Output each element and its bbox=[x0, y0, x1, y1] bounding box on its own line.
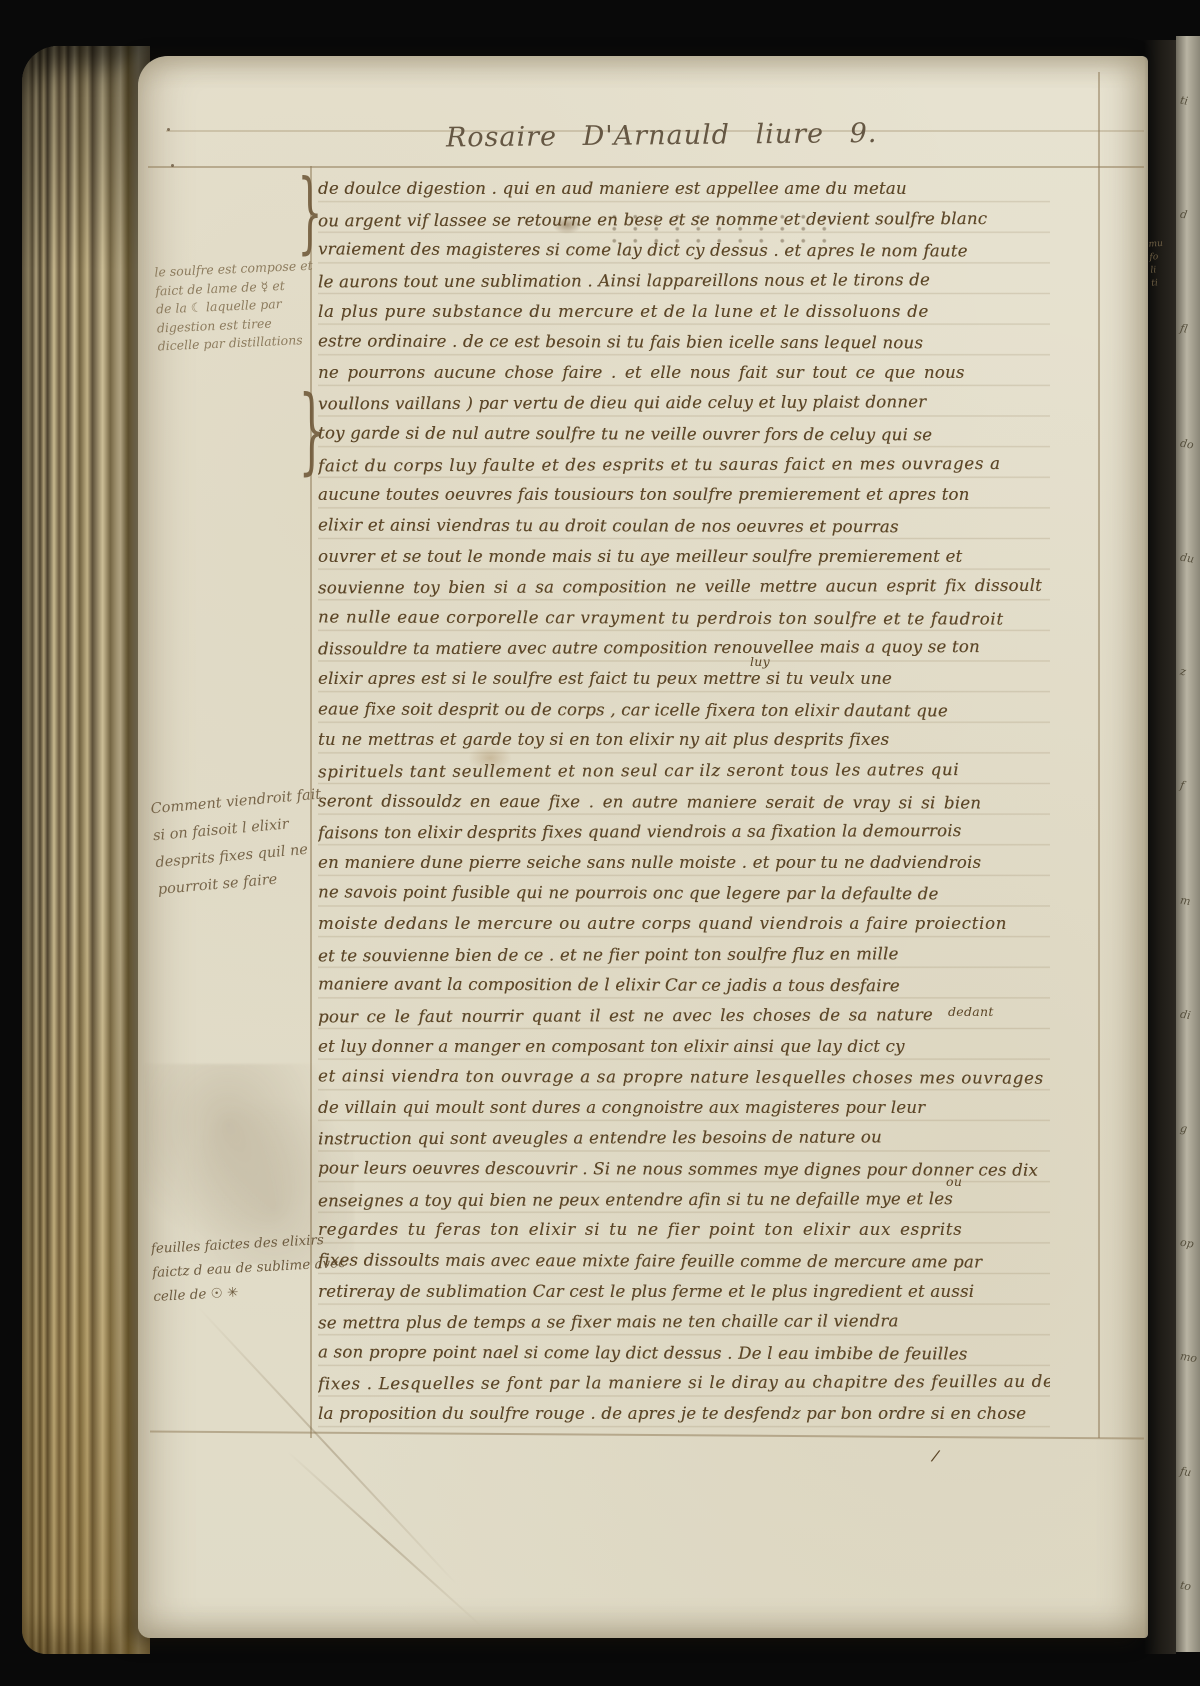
main-text-block: de doulce digestion . qui en aud maniere… bbox=[318, 173, 1050, 1429]
manuscript-text-line: de villain qui moult sont dures a congno… bbox=[318, 1092, 1050, 1123]
interlinear-insertion: ou bbox=[946, 1174, 962, 1189]
pricking-hole bbox=[171, 164, 174, 167]
manuscript-text-line: ou argent vif lassee se retourne en bese… bbox=[318, 202, 1050, 235]
text-frame-right-rule bbox=[1098, 72, 1100, 1438]
manuscript-text-line: voullons vaillans ) par vertu de dieu qu… bbox=[318, 386, 1050, 419]
manuscript-text-line: maniere avant la composition de l elixir… bbox=[318, 969, 1050, 1002]
manuscript-text-line: ouvrer et se tout le monde mais si tu ay… bbox=[318, 541, 1050, 572]
adjacent-page-text-fragment: du bbox=[1179, 552, 1198, 566]
manuscript-text-line: enseignes a toy qui bien ne peux entendr… bbox=[318, 1182, 1050, 1215]
margin-note-sulphur: le soulfre est compose etfaict de lame d… bbox=[154, 257, 320, 356]
manuscript-text-line: et te souvienne bien de ce . et ne fier … bbox=[318, 937, 1050, 970]
manuscript-text-line: eaue fixe soit desprit ou de corps , car… bbox=[318, 693, 1050, 726]
manuscript-text-line: en maniere dune pierre seiche sans nulle… bbox=[318, 847, 1050, 878]
text-frame-bottom-rule bbox=[150, 1431, 1144, 1439]
margin-note-leaves: feuilles faictes des elixirsfaictz d eau… bbox=[150, 1227, 346, 1309]
fold-scribble-line: ti bbox=[1151, 276, 1174, 291]
adjacent-page-sliver: tidfldoduzfmdigopmofuto bbox=[1176, 36, 1200, 1652]
manuscript-text-line: aucune toutes oeuvres fais tousiours ton… bbox=[318, 479, 1050, 510]
photo-background: Rosaire D'Arnauld liure 9. } } le soulfr… bbox=[0, 0, 1200, 1686]
parchment-crease bbox=[287, 1451, 482, 1626]
page-title: Rosaire D'Arnauld liure 9. bbox=[446, 118, 916, 154]
manuscript-text-line: elixir et ainsi viendras tu au droit cou… bbox=[318, 509, 1050, 542]
manuscript-text-line: vraiement des magisteres si come lay dic… bbox=[318, 234, 1050, 267]
manuscript-text-line: la proposition du soulfre rouge . de apr… bbox=[318, 1398, 1050, 1429]
interlinear-insertion: dedant bbox=[948, 1004, 994, 1019]
adjacent-page-text-fragment: d bbox=[1179, 209, 1198, 223]
adjacent-page-text-fragment: z bbox=[1179, 666, 1198, 680]
adjacent-page-text-fragment: di bbox=[1179, 1008, 1198, 1022]
adjacent-page-text-fragment: g bbox=[1179, 1123, 1198, 1137]
manuscript-text-line: pour ce le faut nourrir quant il est ne … bbox=[318, 999, 1050, 1032]
manuscript-text-line: seront dissouldz en eaue fixe . en autre… bbox=[318, 785, 1050, 818]
manuscript-text-line: toy garde si de nul autre soulfre tu ne … bbox=[318, 417, 1050, 450]
manuscript-text-line: fixes dissoults mais avec eaue mixte fai… bbox=[318, 1244, 1050, 1277]
adjacent-page-text-fragment: op bbox=[1179, 1237, 1198, 1251]
manuscript-text-line: fixes . Lesquelles se font par la manier… bbox=[318, 1366, 1050, 1399]
manuscript-text-line: moiste dedans le mercure ou autre corps … bbox=[318, 908, 1050, 939]
adjacent-page-text-fragment: do bbox=[1179, 437, 1198, 451]
adjacent-page-text-fragment: f bbox=[1179, 780, 1198, 794]
book-fore-edge-stack bbox=[22, 46, 150, 1654]
manuscript-text-line: retireray de sublimation Car cest le plu… bbox=[318, 1276, 1050, 1307]
fold-margin-scribbles: mufoliti bbox=[1148, 237, 1174, 290]
manuscript-text-line: de doulce digestion . qui en aud maniere… bbox=[318, 173, 1050, 204]
manuscript-text-line: ne savois point fusible qui ne pourrois … bbox=[318, 877, 1050, 910]
adjacent-page-text-fragment: fl bbox=[1179, 323, 1198, 337]
manuscript-text-line: et ainsi viendra ton ouvrage a sa propre… bbox=[318, 1060, 1050, 1093]
manuscript-text-line: instruction qui sont aveugles a entendre… bbox=[318, 1121, 1050, 1154]
manuscript-text-line: se mettra plus de temps a se fixer mais … bbox=[318, 1305, 1050, 1338]
manuscript-text-line: elixir apres est si le soulfre est faict… bbox=[318, 663, 1050, 694]
interlinear-insertion: luy bbox=[750, 654, 770, 669]
manuscript-text-line: estre ordinaire . de ce est besoin si tu… bbox=[318, 325, 1050, 358]
manuscript-text-line: pour leurs oeuvres descouvrir . Si ne no… bbox=[318, 1152, 1050, 1185]
adjacent-page-text-fragment: mo bbox=[1179, 1351, 1198, 1365]
manuscript-text-line: le aurons tout une sublimation . Ainsi l… bbox=[318, 264, 1050, 297]
manuscript-text-line: ne pourrons aucune chose faire . et elle… bbox=[318, 357, 1050, 388]
manuscript-text-line: tu ne mettras et garde toy si en ton eli… bbox=[318, 724, 1050, 755]
manuscript-text-line: a son propre point nael si come lay dict… bbox=[318, 1336, 1050, 1369]
manuscript-text-line: dissouldre ta matiere avec autre composi… bbox=[318, 631, 1050, 664]
adjacent-page-text-fragment: m bbox=[1179, 894, 1198, 908]
manuscript-text-line: la plus pure substance du mercure et de … bbox=[318, 296, 1050, 327]
margin-note-elixir: Comment viendroit faitsi on faisoit l el… bbox=[150, 780, 347, 904]
manuscript-text-line: et luy donner a manger en composant ton … bbox=[318, 1031, 1050, 1062]
manuscript-text-line: regardes tu feras ton elixir si tu ne fi… bbox=[318, 1214, 1050, 1245]
manuscript-page: Rosaire D'Arnauld liure 9. } } le soulfr… bbox=[138, 56, 1148, 1638]
adjacent-page-text-fragment: fu bbox=[1179, 1465, 1198, 1479]
manuscript-text-line: faisons ton elixir desprits fixes quand … bbox=[318, 815, 1050, 848]
stray-pen-mark: ∕ bbox=[930, 1446, 942, 1466]
manuscript-text-line: spirituels tant seullement et non seul c… bbox=[318, 754, 1050, 787]
manuscript-text-line: faict du corps luy faulte et des esprits… bbox=[318, 447, 1050, 480]
manuscript-text-line: ne nulle eaue corporelle car vrayment tu… bbox=[318, 601, 1050, 634]
adjacent-page-text-fragment: to bbox=[1179, 1580, 1198, 1594]
pricking-hole bbox=[167, 128, 170, 131]
manuscript-text-line: souvienne toy bien si a sa composition n… bbox=[318, 570, 1050, 603]
adjacent-page-text-fragment: ti bbox=[1179, 95, 1198, 109]
